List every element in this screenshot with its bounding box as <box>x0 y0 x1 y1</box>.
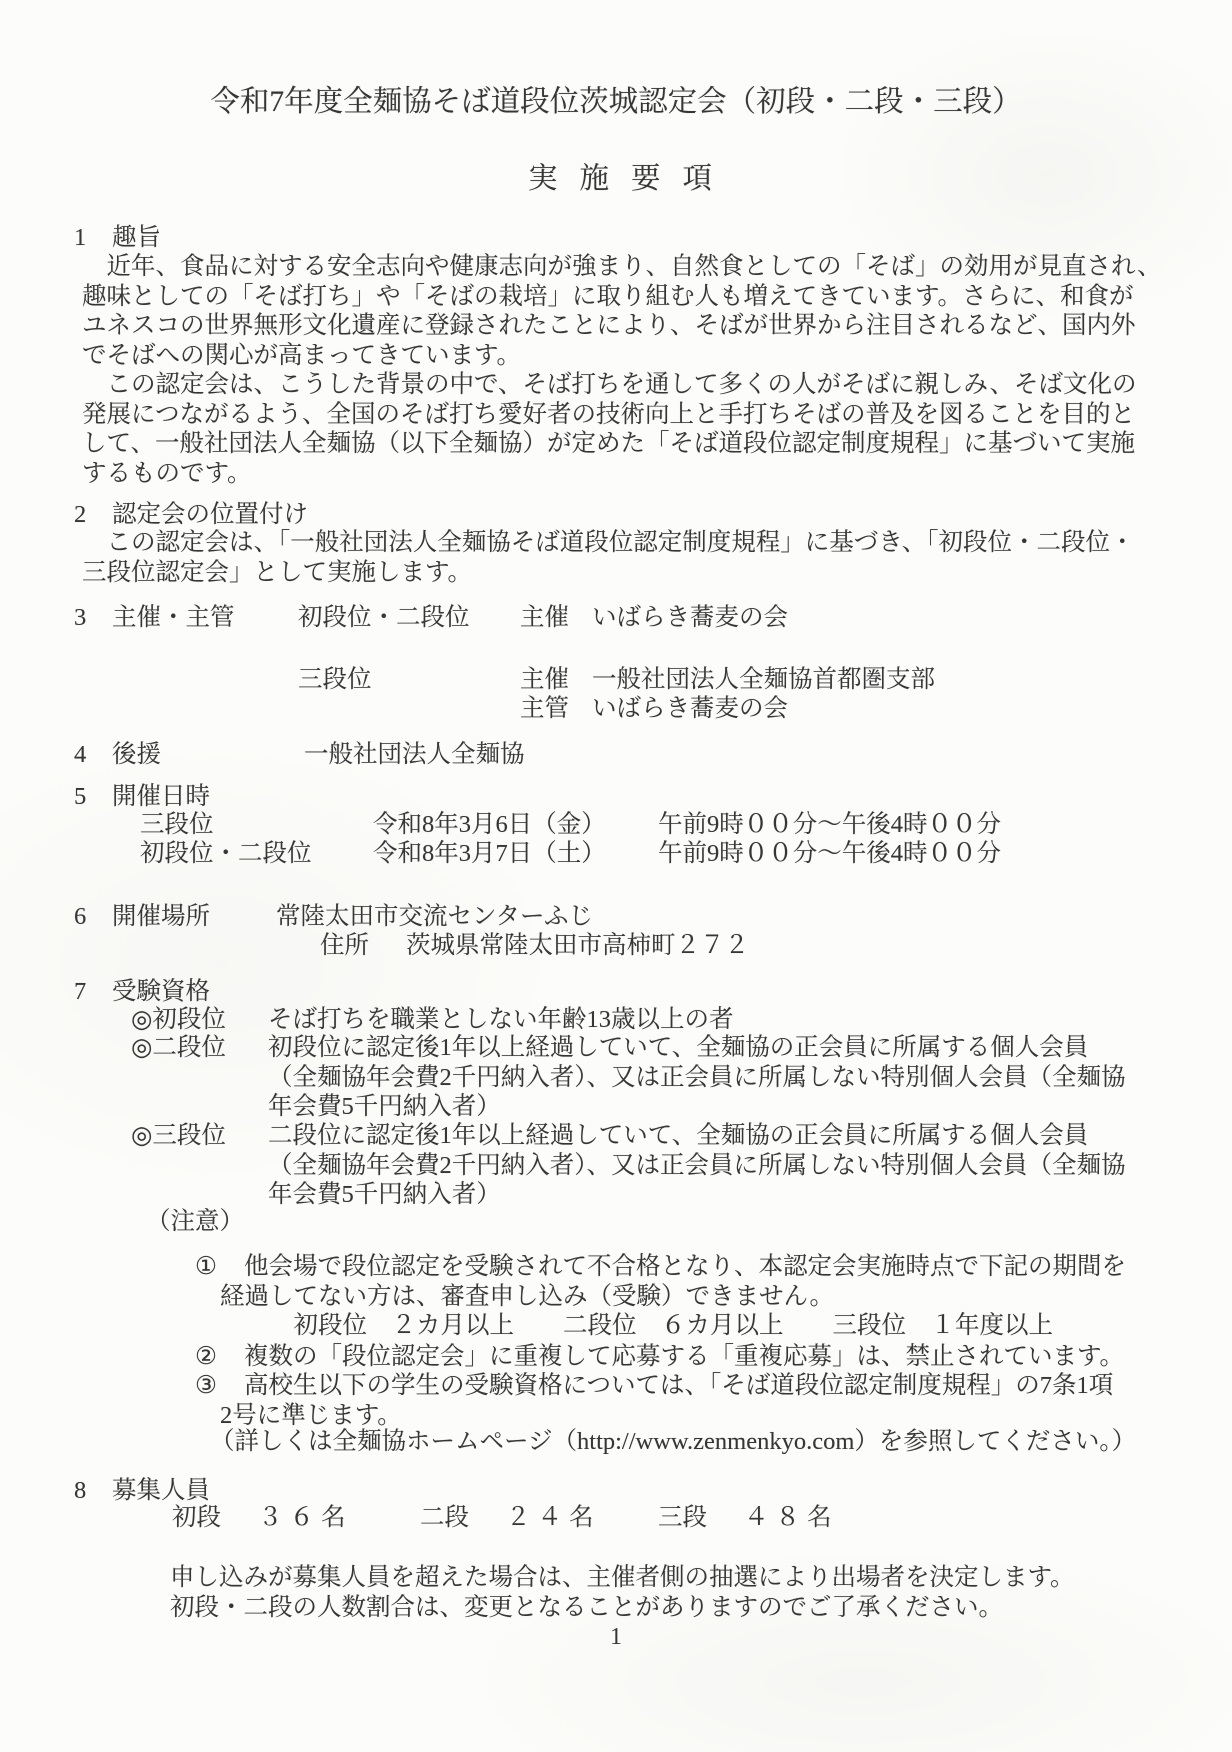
quota-row: 初段 ３６名 二段 ２４名 三段 ４８名 <box>0 1503 1232 1533</box>
scanned-document-page: 令和7年度全麺協そば道段位茨城認定会（初段・二段・三段） 実施要項 1 趣旨 近… <box>0 0 1232 1752</box>
doc-subtitle: 実施要項 <box>528 161 734 197</box>
note-marker: ① <box>195 1252 217 1282</box>
section-5-number: 5 <box>74 782 86 812</box>
supporter-org: 一般社団法人全麺協 <box>304 740 525 770</box>
schedule-time: 午前9時００分～午後4時００分 <box>658 839 1001 869</box>
note-text: 複数の「段位認定会」に重複して応募する「重複応募」は、禁止されています。 <box>220 1342 1124 1372</box>
schedule-date: 令和8年3月7日（土） <box>373 839 606 869</box>
note-text: 高校生以下の学生の受験資格については、「そば道段位認定制度規程」の7条1項 2号… <box>220 1371 1113 1430</box>
grade-label: ◎二段位 <box>131 1033 226 1063</box>
grade-requirement: そば打ちを職業としない年齢13歳以上の者 <box>268 1005 734 1035</box>
grade-requirement: 二段位に認定後1年以上経過していて、全麺協の正会員に所属する個人会員 （全麺協年… <box>268 1121 1126 1210</box>
section-1-paragraph-1: 近年、食品に対する安全志向や健康志向が強まり、自然食としての「そば」の効用が見直… <box>82 252 1161 370</box>
organizer-row: 三段位 主催 一般社団法人全麺協首都圏支部 <box>0 665 1232 695</box>
organizer-role: 主催 <box>520 603 569 633</box>
grade-label: ◎初段位 <box>131 1005 226 1035</box>
organizer-org: 一般社団法人全麺協首都圏支部 <box>592 665 935 695</box>
section-8-heading: 募集人員 <box>112 1476 210 1506</box>
section-6-heading: 開催場所 <box>112 902 210 932</box>
note-text: 他会場で段位認定を受験されて不合格となり、本認定会実施時点で下記の期間を 経過し… <box>220 1252 1126 1341</box>
note-marker: ③ <box>195 1371 217 1401</box>
caution-label: （注意） <box>146 1207 244 1237</box>
schedule-level: 初段位・二段位 <box>140 839 312 869</box>
section-1-heading: 趣旨 <box>112 223 161 253</box>
organizer-org: いばらき蕎麦の会 <box>592 603 788 633</box>
section-2-heading: 認定会の位置付け <box>112 500 308 530</box>
organizer-org: いばらき蕎麦の会 <box>592 694 788 724</box>
schedule-date: 令和8年3月6日（金） <box>373 810 606 840</box>
organizer-level: 三段位 <box>298 665 372 695</box>
quota-count: ３６名 <box>258 1503 353 1533</box>
section-6-number: 6 <box>74 902 86 932</box>
section-1-number: 1 <box>74 223 86 253</box>
quota-count: ２４名 <box>506 1503 601 1533</box>
organizer-role: 主管 <box>520 694 569 724</box>
quota-note: 申し込みが募集人員を超えた場合は、主催者側の抽選により出場者を決定します。 初段… <box>170 1563 1075 1622</box>
page-number: 1 <box>0 1624 1232 1651</box>
schedule-row: 初段位・二段位 令和8年3月7日（土） 午前9時００分～午後4時００分 <box>0 839 1232 869</box>
schedule-level: 三段位 <box>140 810 214 840</box>
schedule-row: 三段位 令和8年3月6日（金） 午前9時００分～午後4時００分 <box>0 810 1232 840</box>
section-8-number: 8 <box>74 1476 86 1506</box>
homepage-note: （詳しくは全麺協ホームページ（http://www.zenmenkyo.com）… <box>210 1427 1136 1457</box>
section-7-number: 7 <box>74 977 86 1007</box>
note-marker: ② <box>195 1342 217 1372</box>
organizer-row: 主管 いばらき蕎麦の会 <box>0 694 1232 724</box>
section-4-number: 4 <box>74 740 86 770</box>
section-2-body: この認定会は、「一般社団法人全麺協そば道段位認定制度規程」に基づき、「初段位・二… <box>82 528 1135 587</box>
section-4-heading: 後援 <box>112 740 161 770</box>
schedule-time: 午前9時００分～午後4時００分 <box>658 810 1001 840</box>
quota-label: 初段 <box>172 1503 221 1533</box>
section-5-heading: 開催日時 <box>112 782 210 812</box>
organizer-level: 初段位・二段位 <box>298 603 470 633</box>
section-7-heading: 受験資格 <box>112 977 210 1007</box>
grade-requirement: 初段位に認定後1年以上経過していて、全麺協の正会員に所属する個人会員 （全麺協年… <box>268 1033 1126 1122</box>
doc-title: 令和7年度全麺協そば道段位茨城認定会（初段・二段・三段） <box>0 84 1232 120</box>
organizer-row: 初段位・二段位 主催 いばらき蕎麦の会 <box>0 603 1232 633</box>
organizer-role: 主催 <box>520 665 569 695</box>
quota-count: ４８名 <box>744 1503 839 1533</box>
quota-label: 二段 <box>420 1503 469 1533</box>
grade-label: ◎三段位 <box>131 1121 226 1151</box>
venue-name: 常陸太田市交流センターふじ <box>276 902 593 932</box>
quota-label: 三段 <box>658 1503 707 1533</box>
section-2-number: 2 <box>74 500 86 530</box>
address-label: 住所 <box>320 931 369 961</box>
section-1-paragraph-2: この認定会は、こうした背景の中で、そば打ちを通して多くの人がそばに親しみ、そば文… <box>82 370 1136 488</box>
address-value: 茨城県常陸太田市高柿町２７２ <box>406 931 749 961</box>
